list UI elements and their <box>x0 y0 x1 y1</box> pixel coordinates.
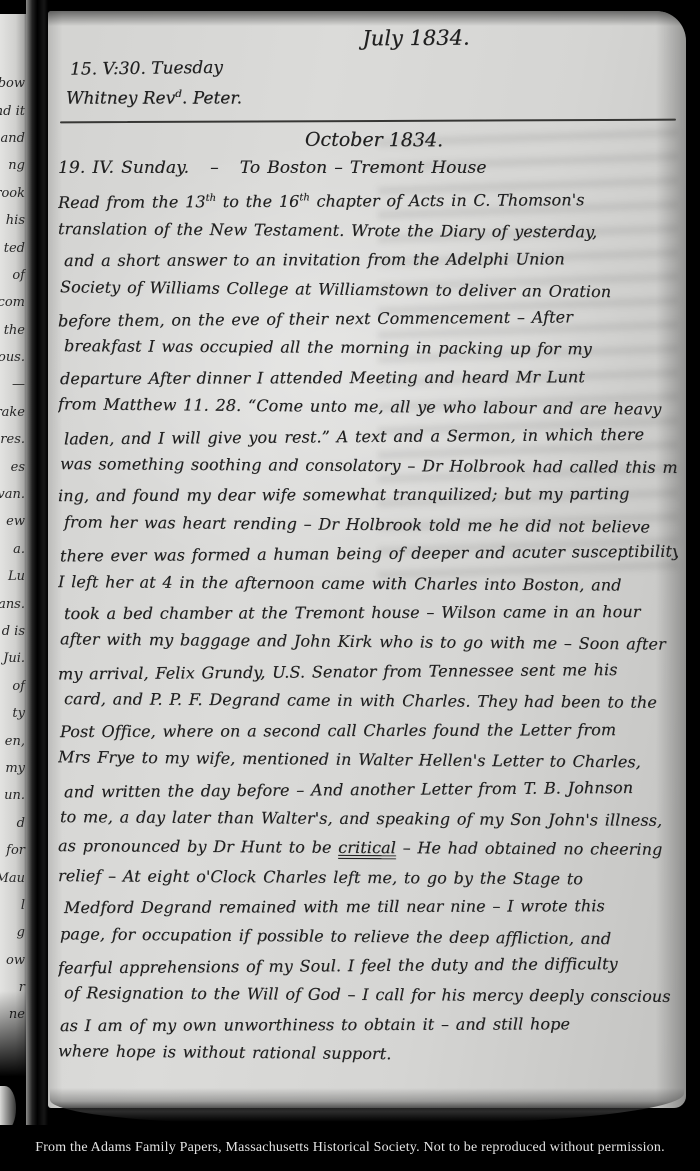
diary-line: Mrs Frye to my wife, mentioned in Walter… <box>58 742 678 777</box>
diary-line: Read from the 13th to the 16th chapter o… <box>58 181 678 217</box>
facing-page-fragment: g <box>0 919 26 946</box>
whitney-entry-text: Whitney Rev <box>66 89 175 109</box>
diary-line: Post Office, where on a second call Char… <box>58 715 678 747</box>
facing-page-fragment: ans. <box>0 590 26 617</box>
diary-line: there ever was formed a human being of d… <box>58 537 678 571</box>
diary-line: fearful apprehensions of my Soul. I feel… <box>58 949 678 983</box>
diary-line: Medford Degrand remained with me till ne… <box>58 891 678 923</box>
superscript-th: th <box>299 192 309 203</box>
diary-line: was something soothing and consolatory –… <box>58 449 678 482</box>
facing-page-fragment: ow <box>0 947 26 974</box>
october-entry-date-line: 19. IV. Sunday. – To Boston – Tremont Ho… <box>58 154 678 183</box>
diary-line: laden, and I will give you rest.” A text… <box>58 419 678 453</box>
archive-caption: From the Adams Family Papers, Massachuse… <box>35 1140 665 1156</box>
facing-page-fragment: en, <box>0 727 26 754</box>
diary-line: to me, a day later than Walter's, and sp… <box>58 802 678 835</box>
page-bottom-edge-shadow <box>50 1080 684 1124</box>
facing-page-fragment: d is <box>0 618 26 645</box>
superscript-d: d <box>175 88 182 100</box>
facing-page-fragment: l <box>0 892 26 919</box>
facing-page-fragment: a. <box>0 536 26 563</box>
diary-line: and written the day before – And another… <box>58 772 678 806</box>
facing-page-fragment: bow <box>0 70 26 97</box>
facing-page-fragment: ne <box>0 1001 26 1028</box>
diary-line-text: Read from the 13 <box>58 192 206 212</box>
facing-page-fragment: r <box>0 974 26 1001</box>
diary-line: where hope is without rational support. <box>58 1036 678 1071</box>
diary-line: and a short answer to an invitation from… <box>58 244 678 276</box>
diary-line: from Matthew 11. 28. “Come unto me, all … <box>58 390 678 425</box>
diary-line: took a bed chamber at the Tremont house … <box>58 597 678 629</box>
facing-page-fragment: ng <box>0 152 26 179</box>
diary-line: departure After dinner I attended Meetin… <box>58 362 678 394</box>
diary-line-text: to the 16 <box>216 192 299 211</box>
superscript-th: th <box>206 193 216 204</box>
facing-page-fragment: ew <box>0 508 26 535</box>
diary-line: relief – At eight o'Clock Charles left m… <box>58 861 678 894</box>
facing-page-fragment: rake <box>0 399 26 426</box>
diary-line-with-underline: as pronounced by Dr Hunt to be critical … <box>58 831 678 864</box>
facing-page-fragment: nd it <box>0 97 26 124</box>
facing-page-fragment: Mau <box>0 864 26 891</box>
october-1834-heading: October 1834. <box>64 124 678 155</box>
facing-page-fragment: of <box>0 262 26 289</box>
diary-line-text: chapter of Acts in C. Thomson's <box>310 190 585 210</box>
diary-line: I left her at 4 in the afternoon came wi… <box>58 567 678 600</box>
facing-page-edge: bownd itandngbrookhistedofs comto thelou… <box>0 14 26 1086</box>
diary-line: breakfast I was occupied all the morning… <box>58 332 678 365</box>
facing-page-fragment: un. <box>0 782 26 809</box>
facing-page-fragment: his <box>0 207 26 234</box>
facing-page-fragment: my <box>0 755 26 782</box>
facing-page-fragment: — <box>0 371 26 398</box>
whitney-entry-line: Whitney Revd. Peter. <box>58 80 678 113</box>
ink-divider-line <box>60 118 676 123</box>
facing-page-fragment: ted <box>0 234 26 261</box>
archive-caption-band: From the Adams Family Papers, Massachuse… <box>0 1125 700 1171</box>
facing-page-fragment: d <box>0 810 26 837</box>
diary-line: translation of the New Testament. Wrote … <box>58 214 678 247</box>
facing-page-fragments: bownd itandngbrookhistedofs comto thelou… <box>0 14 26 1029</box>
diary-line: card, and P. P. F. Degrand came in with … <box>58 684 678 717</box>
diary-lines-lower: relief – At eight o'Clock Charles left m… <box>58 863 678 1069</box>
facing-page-fragment: s com <box>0 289 26 316</box>
diary-page-content: July 1834. 15. V:30. Tuesday Whitney Rev… <box>58 25 678 1078</box>
facing-page-corner <box>0 1086 16 1130</box>
manuscript-photo: bownd itandngbrookhistedofs comto thelou… <box>0 0 700 1125</box>
whitney-entry-text-end: . Peter. <box>182 89 242 109</box>
facing-page-fragment: lous. <box>0 344 26 371</box>
facing-page-fragment: brook <box>0 180 26 207</box>
diary-line-text: – He had obtained no cheering <box>396 838 663 859</box>
facing-page-fragment: Lu <box>0 563 26 590</box>
diary-page: July 1834. 15. V:30. Tuesday Whitney Rev… <box>48 11 686 1108</box>
facing-page-fragment: van. <box>0 481 26 508</box>
underlined-word-critical: critical <box>338 838 396 857</box>
facing-page-fragment: to the <box>0 317 26 344</box>
facing-page-fragment: of <box>0 673 26 700</box>
facing-page-fragment: Jui. <box>0 645 26 672</box>
diary-line: ing, and found my dear wife somewhat tra… <box>58 479 678 511</box>
diary-line-text: as pronounced by Dr Hunt to be <box>58 836 338 857</box>
book-binding-gutter <box>26 0 48 1125</box>
facing-page-fragment: es <box>0 453 26 480</box>
diary-line: my arrival, Felix Grundy, U.S. Senator f… <box>58 654 678 688</box>
facing-page-fragment: res. <box>0 426 26 453</box>
facing-page-fragment: ty <box>0 700 26 727</box>
facing-page-fragment: and <box>0 125 26 152</box>
diary-line: as I am of my own unworthiness to obtain… <box>58 1009 678 1041</box>
facing-page-fragment: for <box>0 837 26 864</box>
diary-line: of Resignation to the Will of God – I ca… <box>58 978 678 1011</box>
diary-lines-upper: translation of the New Testament. Wrote … <box>58 216 678 834</box>
